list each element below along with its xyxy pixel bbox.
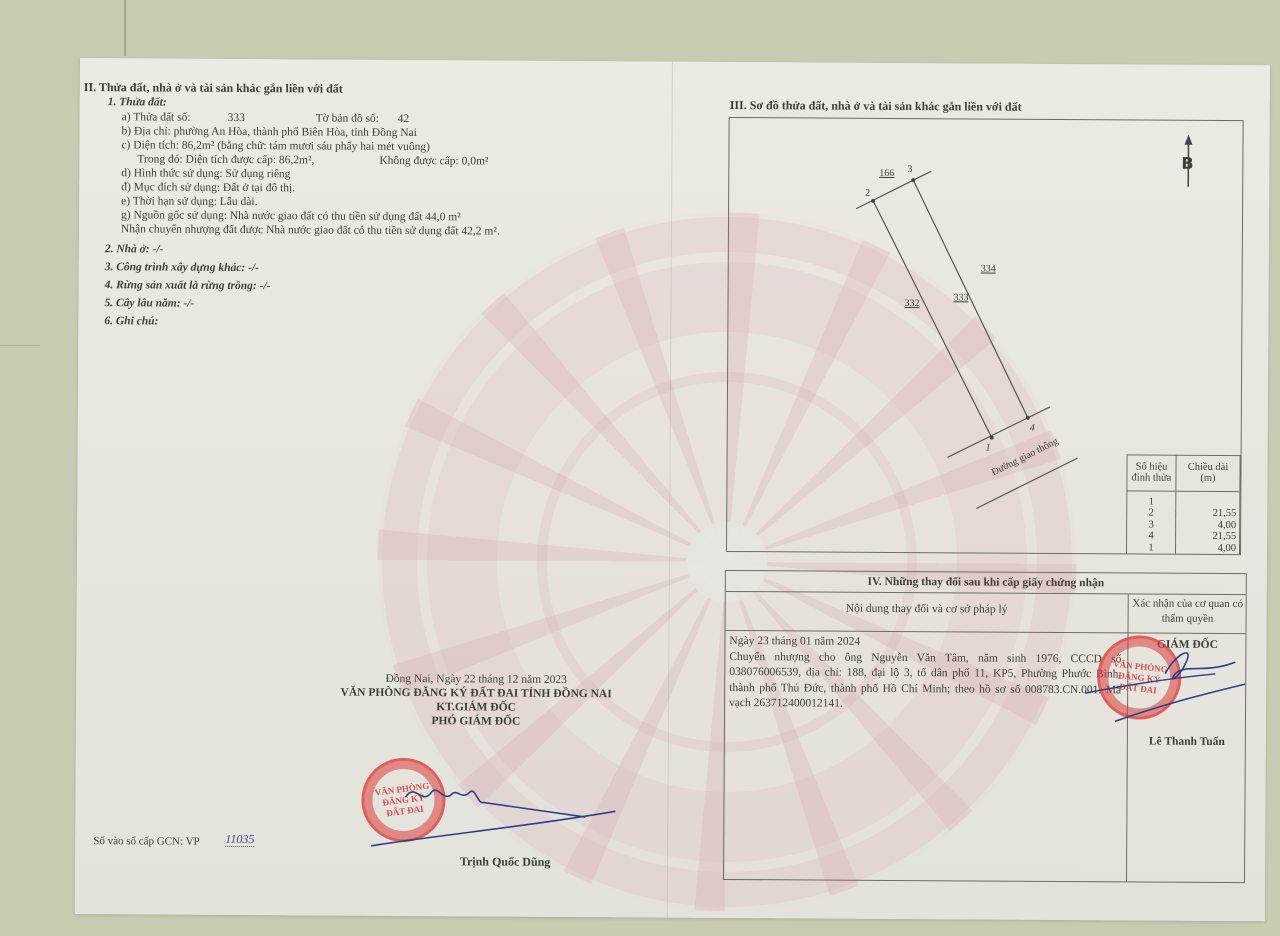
map-sheet-label: Tờ bản đồ số: — [316, 111, 379, 125]
land-certificate-sheet: II. Thửa đất, nhà ở và tài sản khác gắn … — [75, 58, 1270, 921]
signer-name: Trịnh Quốc Dũng — [375, 854, 635, 870]
vertex-label-1: 1 — [986, 442, 991, 456]
confirm-signer-name: Lê Thanh Tuấn — [1129, 735, 1245, 748]
section-title-diagram: III. Sơ đồ thửa đất, nhà ở và tài sản kh… — [730, 98, 1022, 114]
background-crack — [0, 345, 40, 346]
item-other-construction: 3. Công trình xây dựng khác: -/- — [105, 260, 259, 275]
section-title-land: II. Thửa đất, nhà ở và tài sản khác gắn … — [84, 80, 343, 96]
table-row: 221,55 — [1127, 507, 1240, 519]
vertex-label-4: 4 — [1030, 422, 1035, 436]
table-header-vertex: Số hiệu đỉnh thửa — [1127, 454, 1176, 490]
item-house: 2. Nhà ở: -/- — [105, 242, 164, 256]
signature-director — [1055, 633, 1256, 744]
area-not-granted: Không được cấp: 0,0m² — [379, 154, 488, 169]
usage-term: e) Thời hạn sử dụng: Lâu dài. — [121, 194, 257, 209]
right-page: III. Sơ đồ thửa đất, nhà ở và tài sản kh… — [80, 58, 1270, 65]
item-notes: 6. Ghi chú: — [104, 314, 158, 328]
parcel-diagram: B 166 3 2 332 333 334 1 4 Đường giao thô… — [726, 117, 1244, 555]
left-page: II. Thửa đất, nhà ở và tài sản khác gắn … — [80, 58, 1270, 65]
table-row: 1 — [1127, 490, 1240, 508]
item-perennial-trees: 5. Cây lâu năm: -/- — [104, 296, 194, 311]
usage-origin-transfer: Nhận chuyển nhượng đất được Nhà nước gia… — [121, 222, 500, 238]
signature-deputy-director — [365, 772, 626, 864]
parcel-label-top: 166 — [879, 167, 894, 181]
table-row: 34,00 — [1127, 519, 1240, 531]
register-number-value: 11035 — [225, 832, 254, 847]
area-granted: Trong đó: Diện tích được cấp: 86,2m², — [137, 152, 314, 167]
parcel-label-left: 332 — [904, 297, 919, 311]
background-crack — [124, 0, 126, 56]
map-sheet-value: 42 — [398, 112, 410, 126]
vertex-length-table: Số hiệu đỉnh thửa Chiều dài (m) 1 221,55… — [1126, 454, 1241, 554]
signer-title-deputy: PHÓ GIÁM ĐỐC — [296, 713, 656, 729]
parcel-label-center: 333 — [954, 291, 969, 305]
land-heading: 1. Thửa đất: — [108, 95, 167, 109]
changes-subheader: Nội dung thay đổi và cơ sở pháp lý Xác n… — [726, 592, 1246, 634]
parcel-number-value: 333 — [228, 111, 245, 125]
table-row: 14,00 — [1126, 542, 1239, 554]
column-header-content: Nội dung thay đổi và cơ sở pháp lý — [726, 602, 1128, 616]
vertex-label-2: 2 — [865, 187, 870, 201]
north-label: B — [1181, 157, 1193, 171]
usage-form: d) Hình thức sử dụng: Sử dụng riêng — [121, 166, 290, 181]
parcel-label-right: 334 — [981, 263, 996, 277]
table-header-length: Chiều dài (m) — [1176, 455, 1240, 491]
column-header-confirm: Xác nhận của cơ quan có thẩm quyền — [1130, 596, 1246, 627]
usage-purpose: đ) Mục đích sử dụng: Đất ở tại đô thị. — [121, 180, 295, 195]
changes-after-issuance-table: IV. Những thay đổi sau khi cấp giấy chứn… — [723, 570, 1247, 883]
register-number-label: Số vào sổ cấp GCN: VP — [93, 834, 200, 849]
parcel-number-label: a) Thửa đất số: — [122, 110, 191, 124]
item-production-forest: 4. Rừng sản xuất là rừng trồng: -/- — [105, 278, 271, 293]
vertex-label-3: 3 — [907, 163, 912, 177]
table-row: 421,55 — [1127, 530, 1240, 542]
